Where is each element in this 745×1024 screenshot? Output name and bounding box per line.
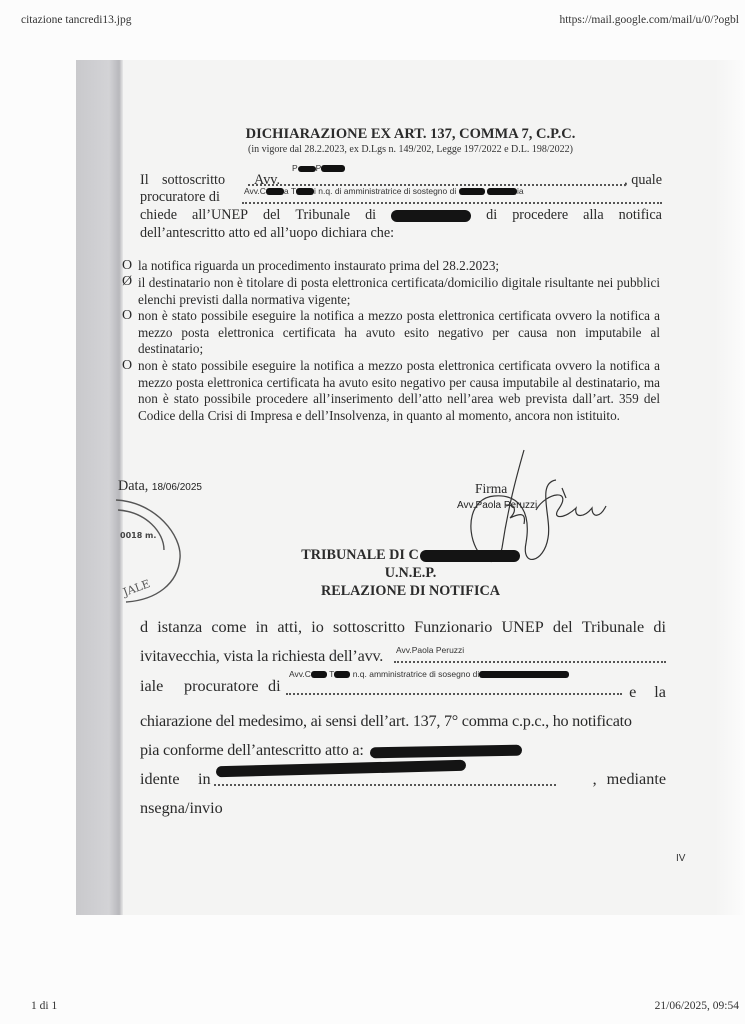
page-marker: IV — [676, 853, 685, 864]
relazione-line-5: pia conforme dell’antescritto atto a: — [140, 741, 364, 760]
intro-line-3: chiede all’UNEP del Tribunale di di proc… — [140, 207, 662, 224]
print-datetime: 21/06/2025, 09:54 — [655, 1000, 739, 1012]
relazione-line-3: iale procuratore di e la — [140, 677, 666, 699]
client-dotted-field — [242, 202, 662, 204]
court-heading: TRIBUNALE DI C — [76, 547, 745, 564]
relazione-client-fill: Avv.C T n.q. amministratrice di sosegno … — [289, 669, 569, 679]
relazione-line-2: ivitavecchia, vista la richiesta dell’av… — [140, 647, 383, 666]
scanned-page: DICHIARAZIONE EX ART. 137, COMMA 7, C.P.… — [76, 60, 745, 915]
relazione-attorney-fill: Avv.Paola Peruzzi — [396, 645, 464, 655]
print-filename: citazione tancredi13.jpg — [21, 14, 131, 26]
option-item: non è stato possibile eseguire la notifi… — [138, 358, 660, 424]
option-marker[interactable]: O — [122, 358, 132, 374]
court-redaction — [391, 210, 471, 222]
print-page-count: 1 di 1 — [31, 1000, 57, 1012]
relazione-title: RELAZIONE DI NOTIFICA — [76, 583, 745, 600]
relazione-line-4: chiarazione del medesimo, ai sensi dell’… — [140, 712, 632, 731]
relazione-client-dotted-field — [286, 693, 622, 695]
option-item: il destinatario non è titolare di posta … — [138, 275, 660, 308]
document-subtitle: (in vigore dal 28.2.2023, ex D.Lgs n. 14… — [76, 144, 745, 155]
intro-line-4: dell’antescritto atto ed all’uopo dichia… — [140, 225, 394, 242]
option-item: la notifica riguarda un procedimento ins… — [138, 258, 660, 275]
document-title: DICHIARAZIONE EX ART. 137, COMMA 7, C.P.… — [76, 126, 745, 143]
client-fill: Avv.Ca Ti n.q. di amministratrice di sos… — [244, 186, 524, 196]
print-url: https://mail.google.com/mail/u/0/?ogbl — [559, 14, 739, 26]
svg-text:0018 m.: 0018 m. — [120, 531, 156, 540]
relazione-line-1: d istanza come in atti, io sottoscritto … — [140, 618, 666, 637]
address-dotted-field — [214, 784, 556, 786]
intro-line-2: procuratore di — [140, 189, 220, 206]
option-item: non è stato possibile eseguire la notifi… — [138, 308, 660, 358]
relazione-line-7: nsegna/invio — [140, 799, 223, 818]
recipient-redaction — [370, 745, 522, 759]
unep-heading: U.N.E.P. — [76, 565, 745, 582]
option-marker[interactable]: O — [122, 308, 132, 324]
option-marker[interactable]: O — [122, 258, 132, 274]
attorney-name-fill: PP — [292, 163, 345, 173]
option-marker-checked[interactable]: Ø — [122, 274, 132, 290]
relazione-attorney-dotted-field — [394, 661, 666, 663]
court-name-redaction — [420, 550, 520, 562]
